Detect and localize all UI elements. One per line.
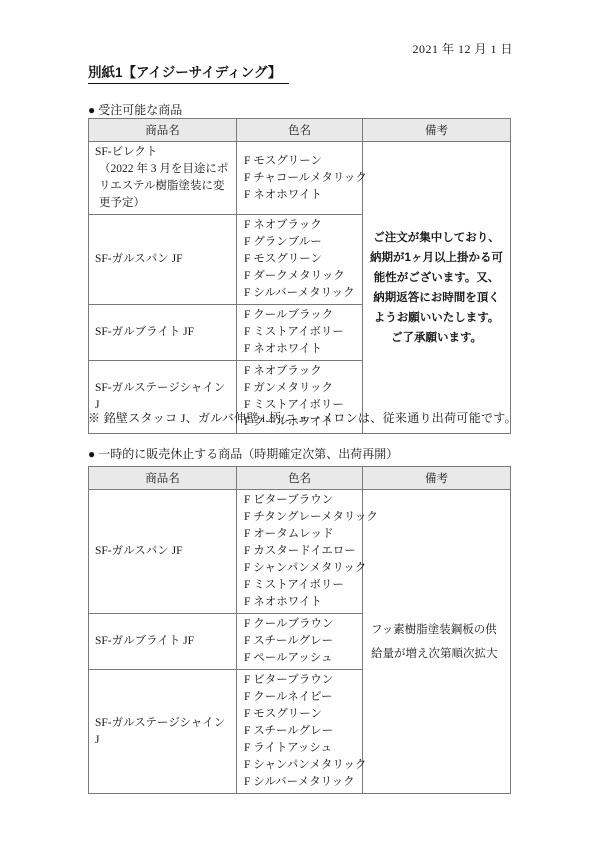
color-item: F ガンメタリック	[244, 380, 362, 397]
color-item: F クールブラック	[244, 307, 362, 324]
remarks-text: フッ素樹脂塗装鋼板の供給量が増え次第順次拡大	[371, 618, 504, 666]
color-item: F モスグリーン	[244, 251, 362, 268]
color-item: F ビターブラウン	[244, 492, 362, 509]
color-item: F チタングレーメタリック	[244, 509, 362, 526]
table-header-row: 商品名 色名 備考	[89, 467, 511, 490]
color-item: F クールネイビー	[244, 689, 362, 706]
header-remarks: 備考	[363, 467, 511, 490]
color-list: F ビターブラウン F クールネイビー F モスグリーン F スチールグレー F…	[237, 670, 363, 794]
color-item: F ミストアイボリー	[244, 577, 362, 594]
remarks-cell: フッ素樹脂塗装鋼板の供給量が増え次第順次拡大	[363, 490, 511, 794]
color-item: F ビターブラウン	[244, 672, 362, 689]
color-item: F ミストアイボリー	[244, 324, 362, 341]
color-list: F ネオブラック F グランブルー F モスグリーン F ダークメタリック F …	[237, 215, 363, 305]
color-list: F モスグリーン F チャコールメタリック F ネオホワイト	[237, 142, 363, 215]
remarks-cell: ご注文が集中しており、納期が1ヶ月以上掛かる可能性がございます。又、納期返答にお…	[363, 142, 511, 434]
color-item: F カスタードイエロー	[244, 543, 362, 560]
color-item: F シルバーメタリック	[244, 285, 362, 302]
color-item: F ネオブラック	[244, 217, 362, 234]
color-item: F ネオブラック	[244, 363, 362, 380]
document-page: 2021 年 12 月 1 日 別紙1【アイジーサイディング】 ● 受注可能な商…	[0, 0, 595, 842]
product-name: SF-ガルブライト JF	[95, 324, 232, 341]
color-item: F ダークメタリック	[244, 268, 362, 285]
color-item: F シルバーメタリック	[244, 774, 362, 791]
color-item: F ネオホワイト	[244, 594, 362, 611]
header-color-name: 色名	[237, 467, 363, 490]
document-date: 2021 年 12 月 1 日	[412, 40, 513, 57]
color-item: F スチールグレー	[244, 723, 362, 740]
color-item: F モスグリーン	[244, 706, 362, 723]
header-product-name: 商品名	[89, 467, 237, 490]
orderable-products-table: 商品名 色名 備考 SF-ビレクト （2022 年 3 月を目途にポリエステル樹…	[88, 118, 511, 434]
product-note: （2022 年 3 月を目途にポリエステル樹脂塗装に変更予定）	[95, 161, 232, 212]
color-item: F ネオホワイト	[244, 187, 362, 204]
color-item: F グランブルー	[244, 234, 362, 251]
color-item: F スチールグレー	[244, 633, 362, 650]
color-list: F ビターブラウン F チタングレーメタリック F オータムレッド F カスター…	[237, 490, 363, 614]
table-header-row: 商品名 色名 備考	[89, 119, 511, 142]
color-item: F オータムレッド	[244, 526, 362, 543]
product-cell: SF-ガルブライト JF	[89, 305, 237, 361]
color-item: F シャンパンメタリック	[244, 560, 362, 577]
color-item: F ネオホワイト	[244, 341, 362, 358]
product-name: SF-ガルブライト JF	[95, 633, 232, 650]
product-cell: SF-ガルブライト JF	[89, 614, 237, 670]
product-cell: SF-ガルステージシャイン J	[89, 670, 237, 794]
product-name: SF-ガルスパン JF	[95, 251, 232, 268]
product-cell: SF-ガルスパン JF	[89, 215, 237, 305]
color-item: F チャコールメタリック	[244, 170, 362, 187]
remarks-text: ご注文が集中しており、納期が1ヶ月以上掛かる可能性がございます。又、納期返答にお…	[368, 228, 505, 348]
header-remarks: 備考	[363, 119, 511, 142]
section-orderable-heading: ● 受注可能な商品	[88, 101, 182, 118]
product-cell: SF-ガルスパン JF	[89, 490, 237, 614]
table-row: SF-ガルスパン JF F ビターブラウン F チタングレーメタリック F オー…	[89, 490, 511, 614]
product-cell: SF-ビレクト （2022 年 3 月を目途にポリエステル樹脂塗装に変更予定）	[89, 142, 237, 215]
color-item: F シャンパンメタリック	[244, 757, 362, 774]
product-name: SF-ビレクト	[95, 144, 232, 161]
color-list: F クールブラウン F スチールグレー F ペールアッシュ	[237, 614, 363, 670]
color-item: F クールブラウン	[244, 616, 362, 633]
color-item: F ペールアッシュ	[244, 650, 362, 667]
section-suspended-heading: ● 一時的に販売休止する商品（時期確定次第、出荷再開）	[88, 445, 398, 462]
product-name: SF-ガルスパン JF	[95, 543, 232, 560]
color-item: F ライトアッシュ	[244, 740, 362, 757]
shipping-note: ※ 銘壁スタッコ J、ガルバ伸壁 i 柄/ニューメロンは、従来通り出荷可能です。	[88, 409, 517, 426]
suspended-products-table: 商品名 色名 備考 SF-ガルスパン JF F ビターブラウン F チタングレー…	[88, 466, 511, 794]
table-row: SF-ビレクト （2022 年 3 月を目途にポリエステル樹脂塗装に変更予定） …	[89, 142, 511, 215]
color-list: F クールブラック F ミストアイボリー F ネオホワイト	[237, 305, 363, 361]
header-color-name: 色名	[237, 119, 363, 142]
page-title: 別紙1【アイジーサイディング】	[88, 61, 289, 84]
color-item: F モスグリーン	[244, 153, 362, 170]
header-product-name: 商品名	[89, 119, 237, 142]
product-name: SF-ガルステージシャイン J	[95, 715, 232, 749]
